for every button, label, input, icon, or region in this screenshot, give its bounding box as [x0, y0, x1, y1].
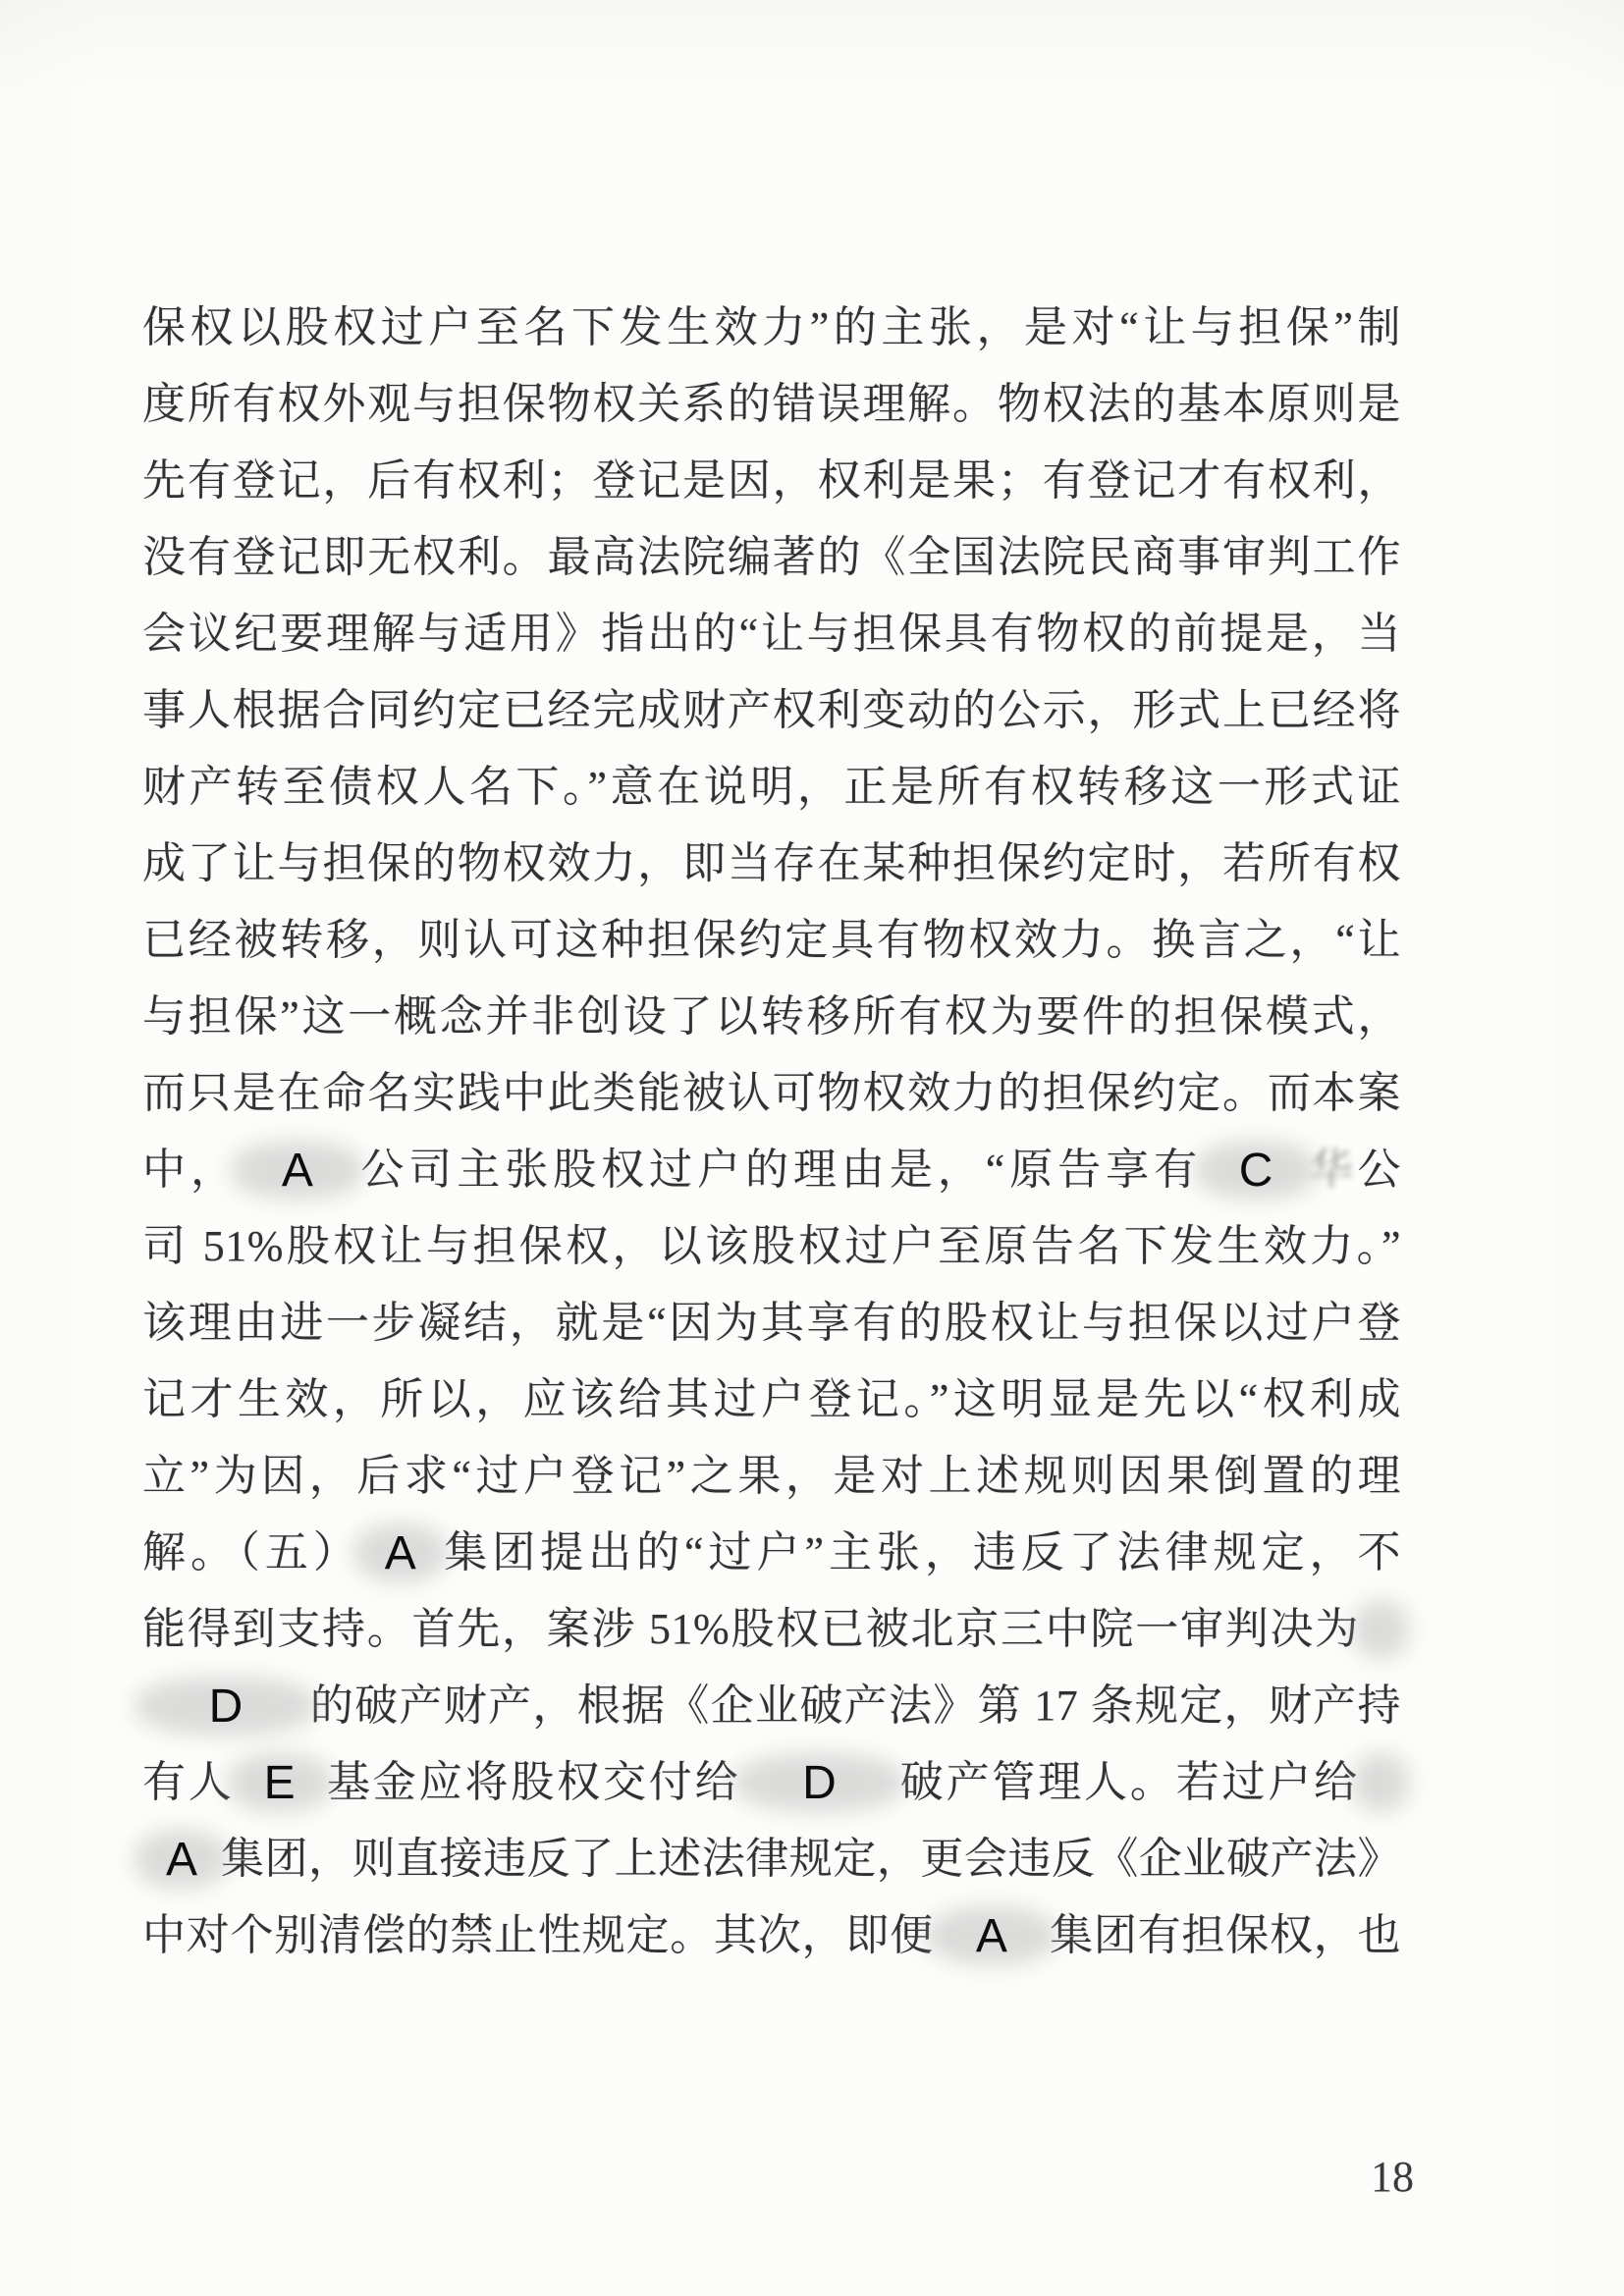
text-segment: 集团有担保权，也 [1050, 1911, 1401, 1959]
text-segment: 该理由进一步凝结，就是“因为其享有的股权让与担保以过户登 [142, 1299, 1401, 1347]
text-segment: 集团，则直接违反了上述法律规定，更会违反《企业破产法》 [221, 1835, 1401, 1883]
text-segment: 与担保”这一概念并非创设了以转移所有权为要件的担保模式， [142, 992, 1401, 1041]
text-line: 没有登记即无权利。最高法院编著的《全国法院民商事审判工作 [142, 519, 1401, 596]
text-segment: 先有登记，后有权利；登记是因，权利是果；有登记才有权利， [142, 456, 1401, 505]
text-line: 有人E基金应将股权交付给D破产管理人。若过户给 [142, 1744, 1401, 1821]
text-segment: 破产管理人。若过户给 [897, 1758, 1360, 1806]
redaction-blur-a: A [934, 1908, 1050, 1963]
redaction-letter: A [239, 1143, 356, 1200]
text-line: 度所有权外观与担保物权关系的错误理解。物权法的基本原则是 [142, 366, 1401, 443]
redaction-blur-a: A [361, 1525, 440, 1580]
redaction-blur-a: A [239, 1143, 356, 1198]
text-line: 该理由进一步凝结，就是“因为其享有的股权让与担保以过户登 [142, 1285, 1401, 1362]
text-line: A集团，则直接违反了上述法律规定，更会违反《企业破产法》 [142, 1821, 1401, 1897]
text-segment: 基金应将股权交付给 [325, 1758, 741, 1806]
text-line: 记才生效，所以，应该给其过户登记。”这明显是先以“权利成 [142, 1362, 1401, 1438]
redaction-blur-d: D [740, 1755, 897, 1810]
text-segment: 司 51%股权让与担保权，以该股权过户至原告名下发生效力。” [142, 1222, 1401, 1270]
text-segment: 有人 [142, 1758, 235, 1806]
text-segment: 度所有权外观与担保物权关系的错误理解。物权法的基本原则是 [142, 380, 1401, 428]
text-segment: 记才生效，所以，应该给其过户登记。”这明显是先以“权利成 [142, 1375, 1401, 1423]
text-segment: 的破产财产，根据《企业破产法》第 17 条规定，财产持 [309, 1682, 1401, 1730]
text-segment: 成了让与担保的物权效力，即当存在某种担保约定时，若所有权 [142, 839, 1401, 887]
text-line: 司 51%股权让与担保权，以该股权过户至原告名下发生效力。” [142, 1208, 1401, 1285]
redaction-blur [1360, 1755, 1401, 1810]
text-line: 而只是在命名实践中此类能被认可物权效力的担保约定。而本案 [142, 1055, 1401, 1132]
text-line: 会议纪要理解与适用》指出的“让与担保具有物权的前提是，当 [142, 596, 1401, 672]
text-line: 立”为因，后求“过户登记”之果，是对上述规则因果倒置的理 [142, 1438, 1401, 1515]
text-segment: 财产转至债权人名下。”意在说明，正是所有权转移这一形式证 [142, 763, 1401, 811]
text-line: 中对个别清偿的禁止性规定。其次，即便A集团有担保权，也 [142, 1897, 1401, 1974]
document-page: 保权以股权过户至名下发生效力”的主张，是对“让与担保”制度所有权外观与担保物权关… [0, 0, 1624, 2296]
redaction-blur [1360, 1602, 1401, 1657]
redaction-letter: D [740, 1755, 897, 1812]
text-segment: 中， [142, 1146, 239, 1194]
redaction-letter: A [934, 1908, 1050, 1965]
redaction-letter: A [142, 1832, 221, 1889]
body-text: 保权以股权过户至名下发生效力”的主张，是对“让与担保”制度所有权外观与担保物权关… [142, 290, 1401, 1974]
text-segment: 事人根据合同约定已经完成财产权利变动的公示，形式上已经将 [142, 686, 1401, 734]
redaction-blur-e: E [235, 1755, 325, 1810]
text-line: 与担保”这一概念并非创设了以转移所有权为要件的担保模式， [142, 979, 1401, 1055]
text-segment: 公 [1353, 1146, 1401, 1194]
text-line: 中，A公司主张股权过户的理由是，“原告享有C华公 [142, 1132, 1401, 1208]
text-segment: 公司主张股权过户的理由是，“原告享有 [356, 1146, 1202, 1194]
redaction-blur-c: C [1202, 1143, 1310, 1198]
page-number: 18 [1371, 2152, 1414, 2203]
text-segment: 而只是在命名实践中此类能被认可物权效力的担保约定。而本案 [142, 1069, 1401, 1117]
text-line: 成了让与担保的物权效力，即当存在某种担保约定时，若所有权 [142, 826, 1401, 902]
text-segment: 立”为因，后求“过户登记”之果，是对上述规则因果倒置的理 [142, 1452, 1401, 1500]
redaction-letter: D [142, 1679, 309, 1735]
text-segment: 能得到支持。首先，案涉 51%股权已被北京三中院一审判决为 [142, 1605, 1360, 1653]
text-line: 先有登记，后有权利；登记是因，权利是果；有登记才有权利， [142, 443, 1401, 519]
text-segment: 已经被转移，则认可这种担保约定具有物权效力。换言之，“让 [142, 916, 1401, 964]
text-segment: 保权以股权过户至名下发生效力”的主张，是对“让与担保”制 [142, 303, 1401, 351]
text-segment: 没有登记即无权利。最高法院编著的《全国法院民商事审判工作 [142, 533, 1401, 581]
redaction-letter: C [1202, 1143, 1310, 1200]
text-segment: 会议纪要理解与适用》指出的“让与担保具有物权的前提是，当 [142, 610, 1401, 658]
redaction-letter: A [361, 1525, 440, 1582]
redaction-letter: E [235, 1755, 325, 1812]
text-line: 事人根据合同约定已经完成财产权利变动的公示，形式上已经将 [142, 672, 1401, 749]
text-line: 保权以股权过户至名下发生效力”的主张，是对“让与担保”制 [142, 290, 1401, 366]
text-line: 财产转至债权人名下。”意在说明，正是所有权转移这一形式证 [142, 749, 1401, 826]
text-segment: 集团提出的“过户”主张，违反了法律规定，不 [440, 1528, 1401, 1576]
text-line: 能得到支持。首先，案涉 51%股权已被北京三中院一审判决为 [142, 1591, 1401, 1668]
faded-text: 华 [1310, 1132, 1353, 1208]
text-line: D的破产财产，根据《企业破产法》第 17 条规定，财产持 [142, 1668, 1401, 1744]
text-line: 已经被转移，则认可这种担保约定具有物权效力。换言之，“让 [142, 902, 1401, 979]
text-segment: 中对个别清偿的禁止性规定。其次，即便 [142, 1911, 934, 1959]
text-line: 解。（五）A集团提出的“过户”主张，违反了法律规定，不 [142, 1515, 1401, 1591]
redaction-blur-d: D [142, 1679, 309, 1734]
redaction-blur-a: A [142, 1832, 221, 1887]
text-segment: 解。（五） [142, 1528, 361, 1576]
